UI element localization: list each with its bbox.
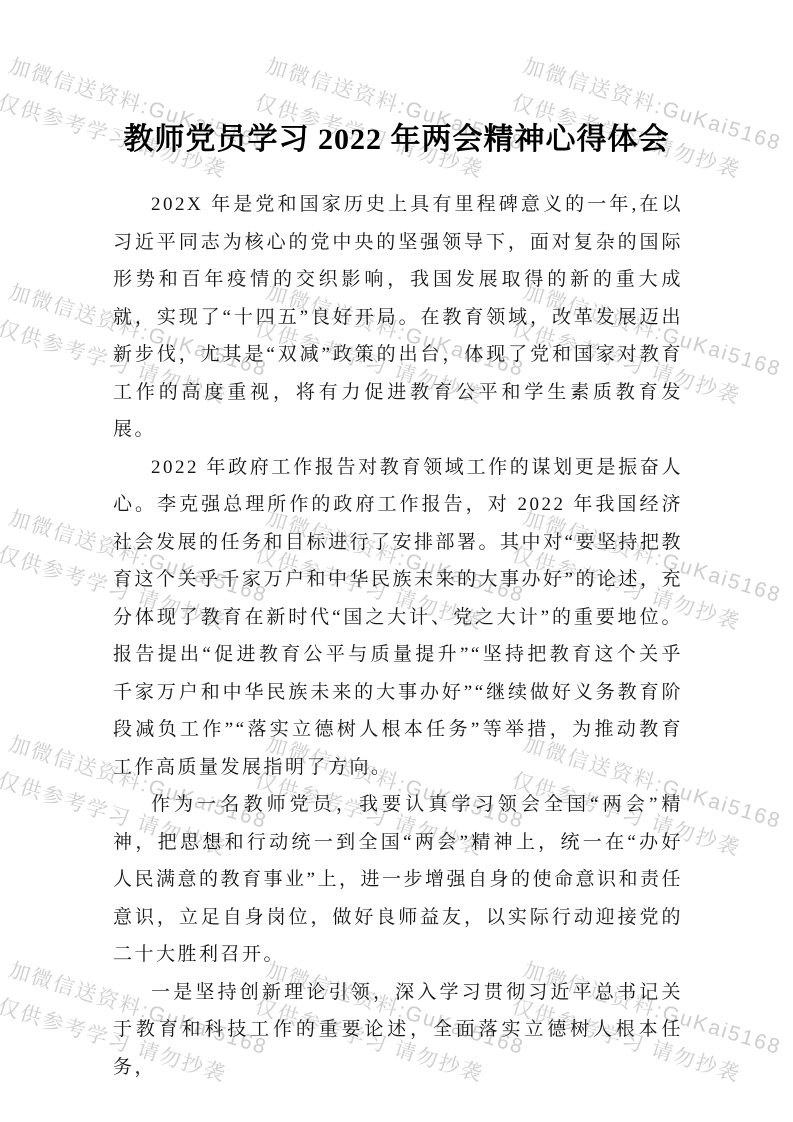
document-title: 教师党员学习 2022 年两会精神心得体会 [0,118,793,162]
document-page: { "page": { "background": "#ffffff", "te… [0,0,793,1122]
paragraph: 2022 年政府工作报告对教育领域工作的谋划更是振奋人心。李克强总理所作的政府工… [113,449,683,787]
document-body: 202X 年是党和国家历史上具有里程碑意义的一年,在以习近平同志为核心的党中央的… [113,186,683,1086]
paragraph: 作为一名教师党员，我要认真学习领会全国“两会”精神，把思想和行动统一到全国“两会… [113,786,683,974]
paragraph: 一是坚持创新理论引领，深入学习贯彻习近平总书记关于教育和科技工作的重要论述，全面… [113,974,683,1087]
paragraph: 202X 年是党和国家历史上具有里程碑意义的一年,在以习近平同志为核心的党中央的… [113,186,683,449]
document-content: 教师党员学习 2022 年两会精神心得体会 202X 年是党和国家历史上具有里程… [0,0,793,1122]
